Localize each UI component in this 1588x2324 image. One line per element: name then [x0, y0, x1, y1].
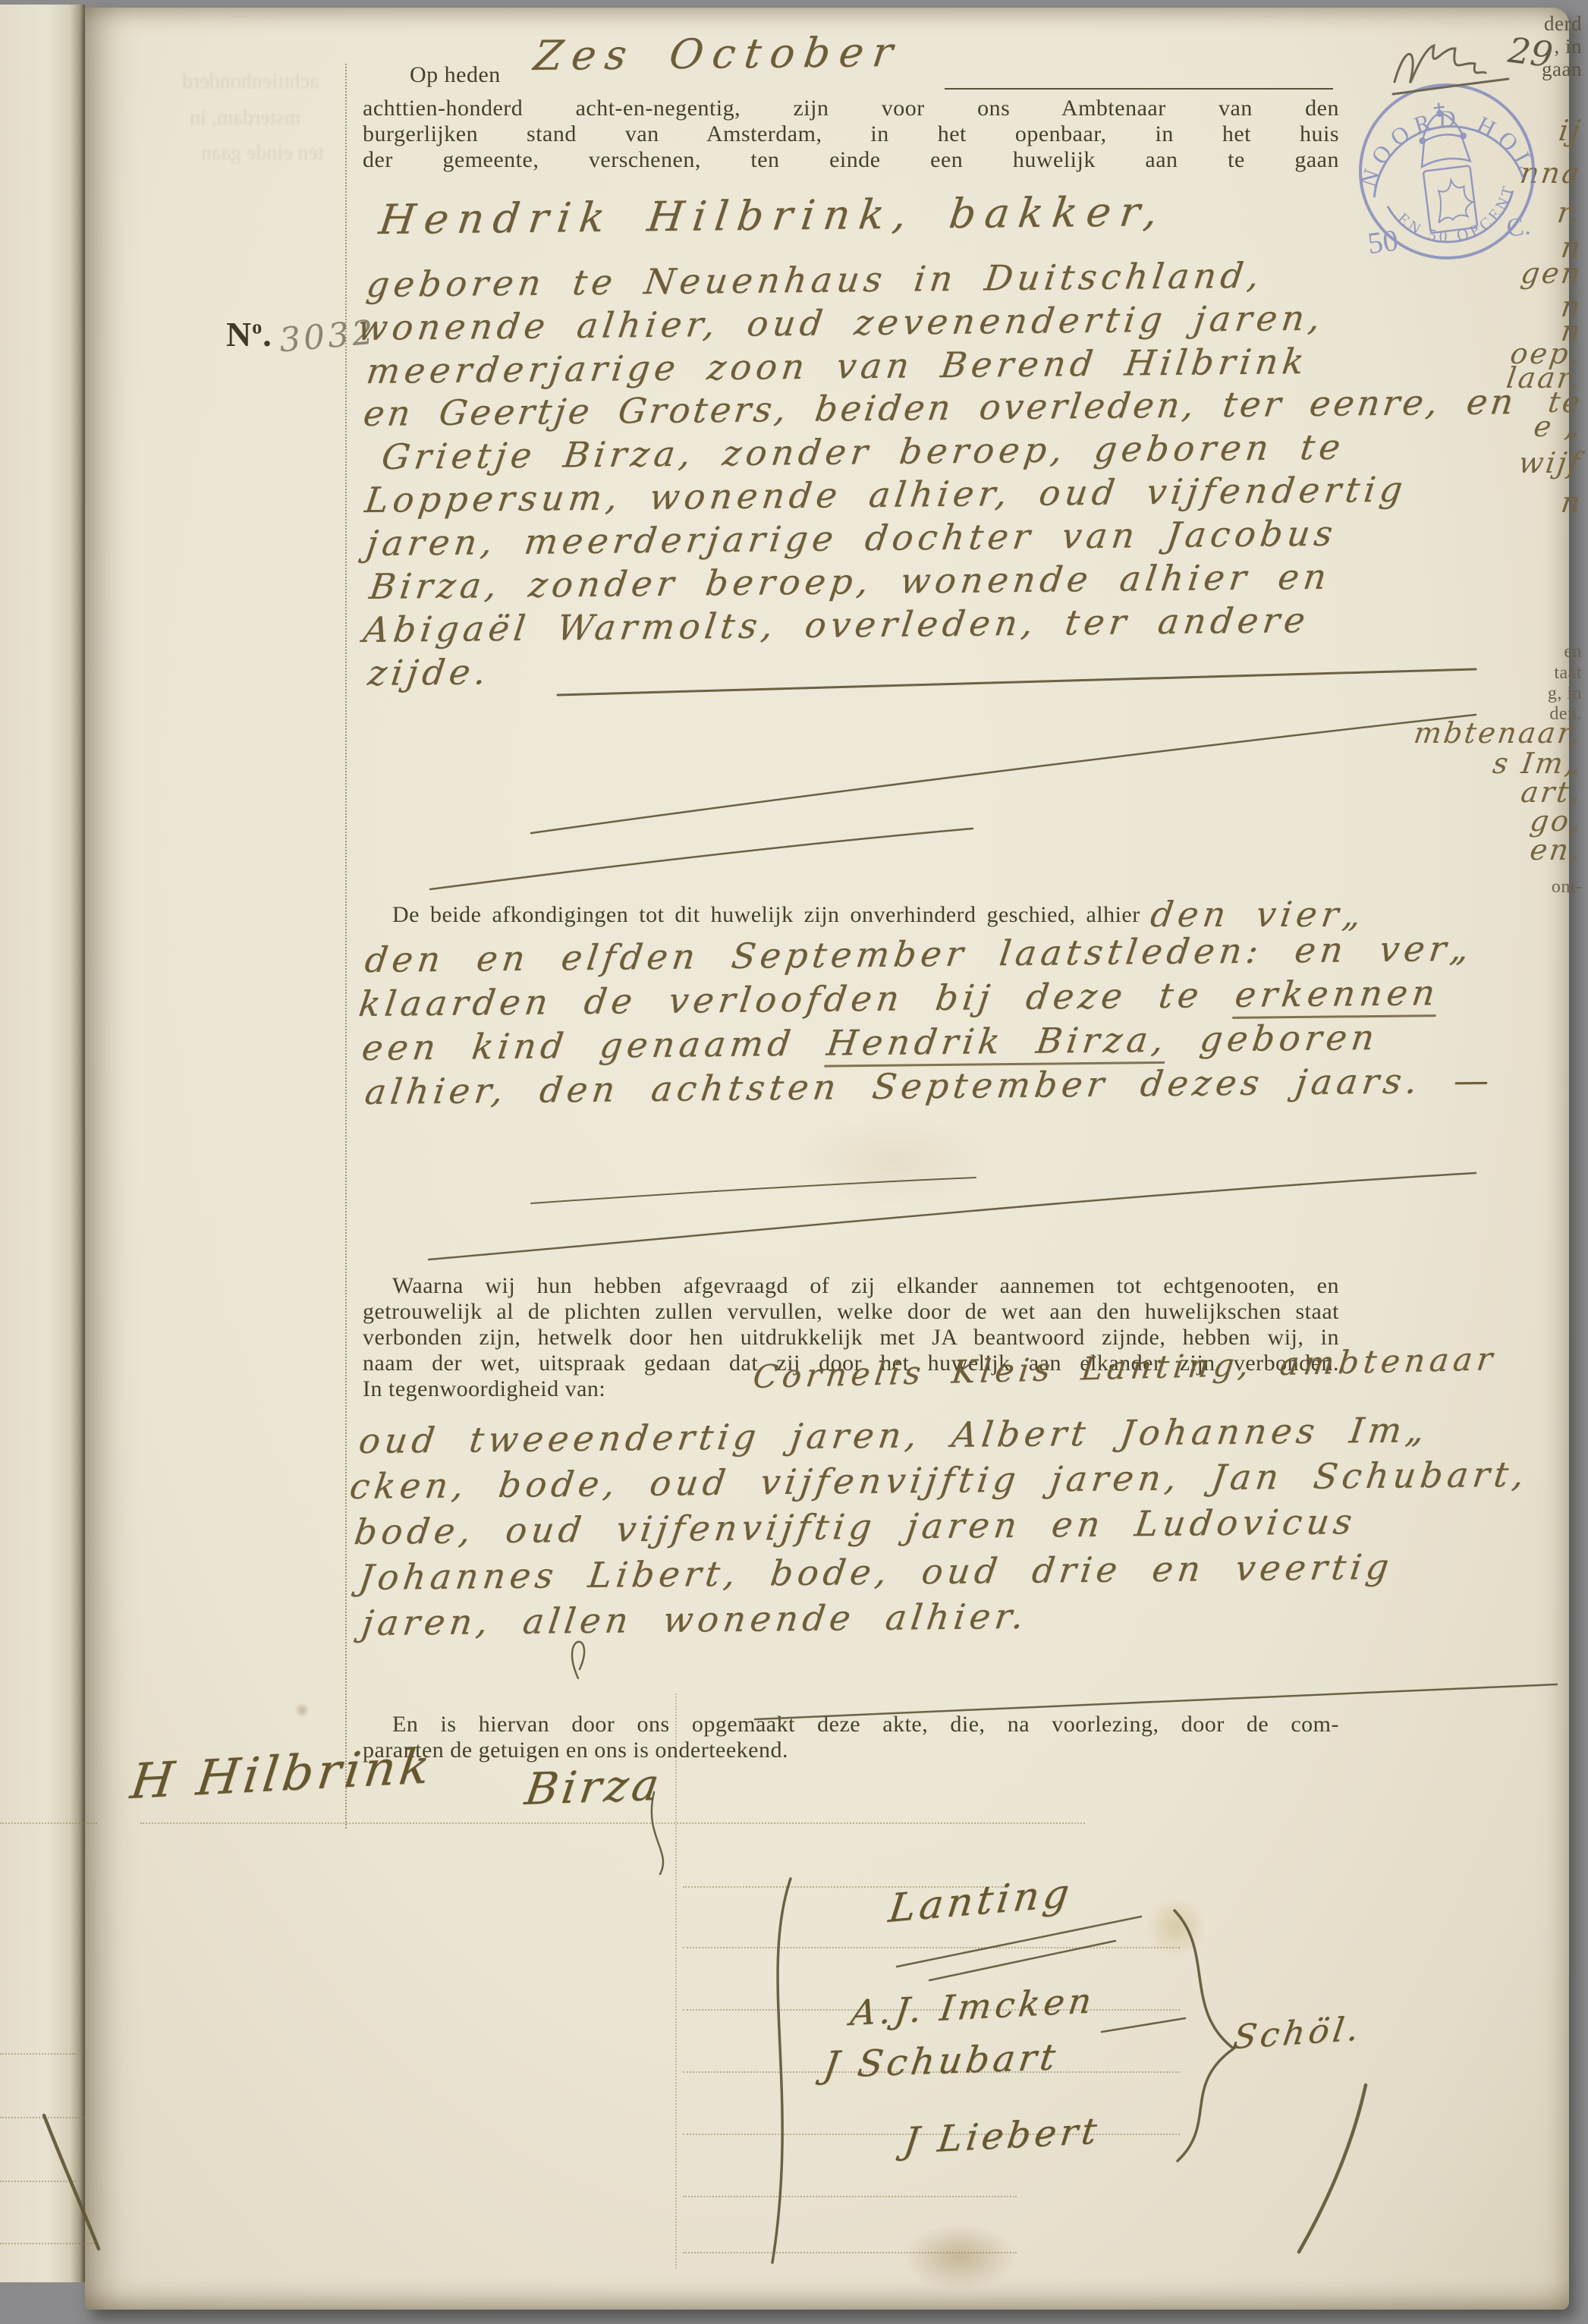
stamp-arc-bottom-text: EN 50 OPCENTEN	[1332, 51, 1524, 258]
header-line: der gemeente, verschenen, ten einde een …	[363, 147, 1339, 173]
header-line: burgerlijken stand van Amsterdam, in het…	[363, 121, 1339, 147]
vows-line: getrouwelijk al de plichten zullen vervu…	[363, 1299, 1339, 1325]
facing-page-fragment: derd	[1544, 12, 1582, 36]
facing-page-fragment: e „	[1532, 410, 1584, 443]
signature-guide-line	[683, 2252, 1017, 2253]
facing-page-fragment: g, in	[1548, 684, 1582, 704]
bride-signature: Birza	[522, 1759, 666, 1815]
facing-page-fragment: , in	[1554, 35, 1582, 58]
scanned-marriage-record: derd , in gaan ij nna r. n gen n n oep, …	[0, 0, 1588, 2324]
vows-line: In tegenwoordigheid van:	[363, 1376, 605, 1402]
date-fill-rule	[945, 88, 1333, 90]
closing-line: En is hiervan door ons opgemaakt deze ak…	[392, 1712, 1339, 1737]
signature-column-dotted-line	[675, 1693, 677, 2269]
header-line: achttien-honderd acht-en-negentig, zijn …	[363, 96, 1339, 121]
vows-line: verbonden zijn, hetwelk door hen uitdruk…	[363, 1325, 1339, 1351]
facing-page-fragment: wijf	[1517, 446, 1584, 480]
handwritten-date: Zes October	[531, 28, 904, 80]
signature-guide-line	[683, 1947, 1180, 1948]
parties-line: zijde.	[366, 651, 493, 693]
signature-guide-line	[683, 2196, 1017, 2197]
facing-page-fragment: ij	[1557, 114, 1584, 147]
facing-page-fragment: r.	[1555, 196, 1584, 229]
revenue-stamp: NOORD HOLLAND EN 50 OPCENTEN 50 C.	[1341, 62, 1553, 281]
signature-guide-line	[140, 1822, 1085, 1824]
facing-page-fragment: taat	[1554, 663, 1582, 684]
stamp-value-right: C.	[1505, 212, 1532, 243]
pencil-page-number: 29	[1506, 30, 1555, 76]
header-intro: Op heden	[410, 62, 501, 88]
facing-page-fragment: gen	[1519, 256, 1584, 290]
facing-page-fragment: n	[1558, 486, 1584, 519]
facing-page-fragment: en,	[1528, 833, 1584, 866]
banns-printed-line: De beide afkondigingen tot dit huwelijk …	[392, 894, 1365, 935]
ink-bleed-ghost: ten einde gaan	[201, 141, 324, 165]
stamp-value-left: 50	[1366, 223, 1400, 261]
ink-bleed-ghost: achttienhonderd	[182, 70, 319, 94]
facing-page-guide-line	[0, 2243, 97, 2244]
parties-line: Hendrik Hilbrink, bakker,	[376, 187, 1169, 244]
child-name: Hendrik Birza,	[824, 1019, 1171, 1068]
facing-page-fragment: mbtenaar,	[1412, 716, 1584, 750]
facing-page-guide-line	[0, 2117, 85, 2118]
facing-page-guide-line	[0, 2053, 76, 2055]
ink-bleed-ghost: msterdam, in	[190, 106, 300, 131]
facing-page-guide-line	[0, 2181, 76, 2182]
act-number-label: No.	[226, 314, 272, 354]
facing-page-guide-line	[0, 1822, 97, 1824]
stamp-lion-icon	[1434, 178, 1475, 222]
facing-page-edge	[0, 5, 85, 2282]
vows-line: Waarna wij hun hebben afgevraagd of zij …	[392, 1273, 1339, 1299]
witness-line: jaren, allen wonende alhier.	[360, 1596, 1030, 1643]
witness-signature-schubart: J Schubart	[821, 2036, 1061, 2087]
facing-page-fragment: en	[1564, 642, 1582, 662]
acknowledged-word: erkennen	[1232, 972, 1442, 1019]
facing-page-fragment: om-	[1552, 877, 1582, 898]
